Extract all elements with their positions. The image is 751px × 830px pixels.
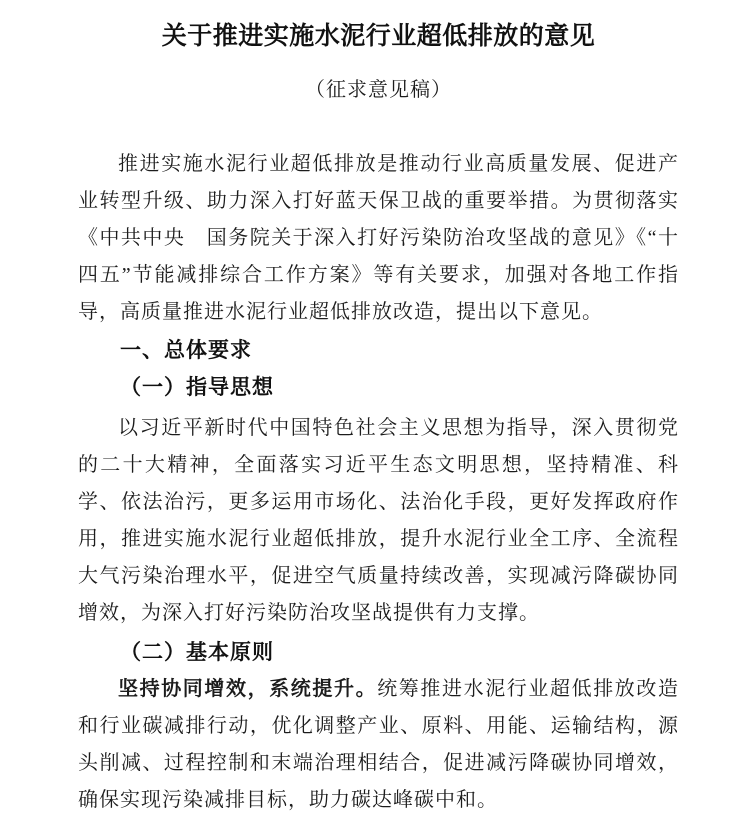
intro-paragraph: 推进实施水泥行业超低排放是推动行业高质量发展、促进产业转型升级、助力深入打好蓝天… xyxy=(78,146,679,331)
document-subtitle: （征求意见稿） xyxy=(78,76,679,104)
basic-principles-lead: 坚持协同增效，系统提升。 xyxy=(118,678,377,700)
subsection-heading-basic-principles: （二）基本原则 xyxy=(78,634,679,671)
document-page: 关于推进实施水泥行业超低排放的意见 （征求意见稿） 推进实施水泥行业超低排放是推… xyxy=(0,0,751,830)
subsection-heading-guiding-ideology: （一）指导思想 xyxy=(78,369,679,406)
guiding-ideology-paragraph: 以习近平新时代中国特色社会主义思想为指导，深入贯彻党的二十大精神，全面落实习近平… xyxy=(78,410,679,632)
document-title: 关于推进实施水泥行业超低排放的意见 xyxy=(78,16,679,56)
basic-principles-paragraph: 坚持协同增效，系统提升。统筹推进水泥行业超低排放改造和行业碳减排行动，优化调整产… xyxy=(78,671,679,819)
document-body: 推进实施水泥行业超低排放是推动行业高质量发展、促进产业转型升级、助力深入打好蓝天… xyxy=(78,146,679,819)
section-heading-overall-requirements: 一、总体要求 xyxy=(78,332,679,369)
